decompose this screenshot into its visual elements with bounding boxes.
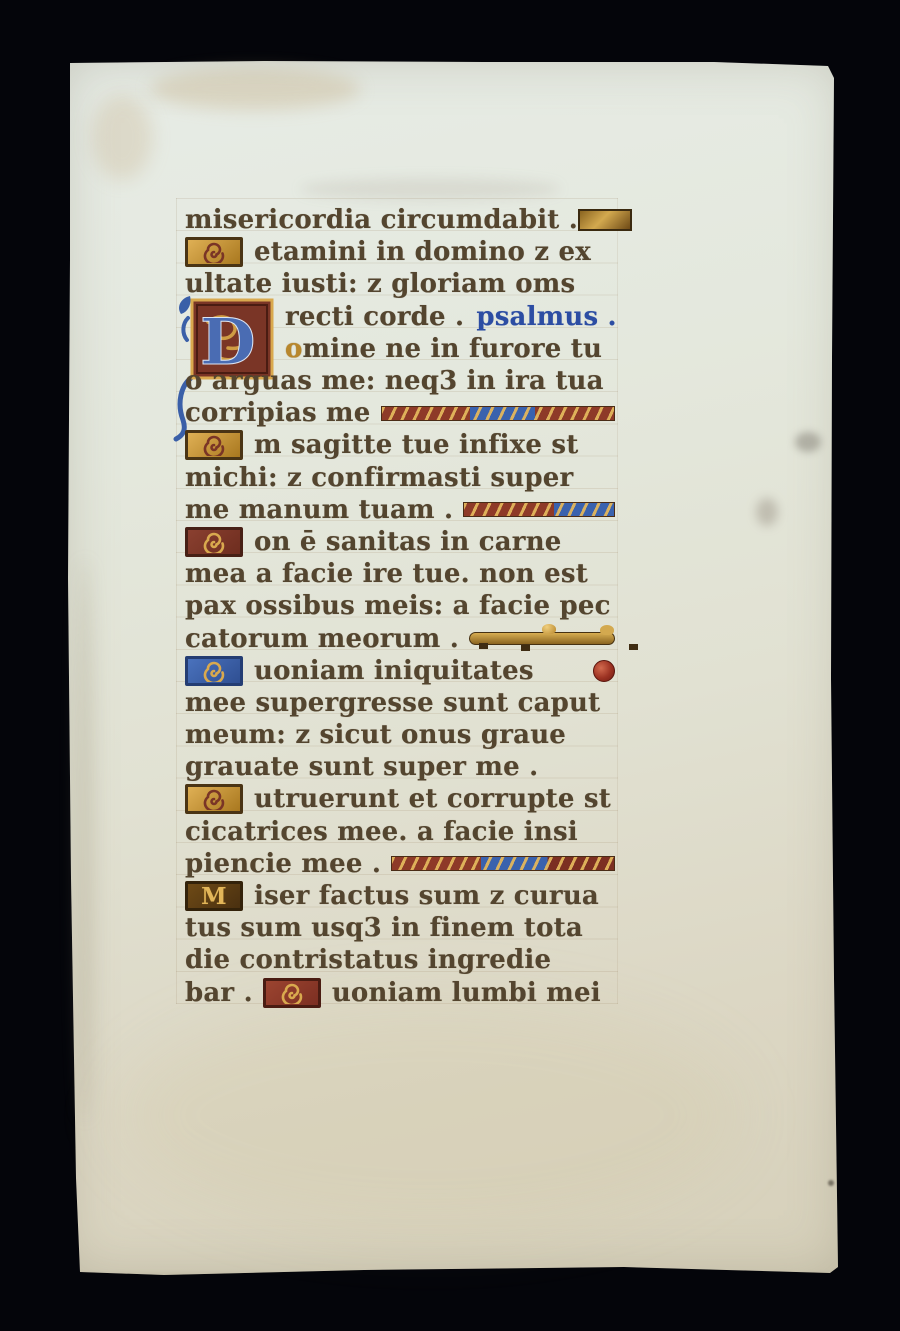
manuscript-text: grauate sunt super me . (185, 752, 538, 782)
berry-ornament (593, 660, 615, 682)
manuscript-line: piencie mee . (185, 848, 615, 880)
manuscript-line: michi: z confirmasti super (185, 462, 615, 494)
manuscript-line: catorum meorum . (185, 622, 615, 654)
manuscript-text: ultate iusti: z gloriam oms (185, 269, 575, 299)
manuscript-line: pax ossibus meis: a facie pec (185, 590, 615, 622)
manuscript-text: iser factus sum z curua (254, 881, 599, 911)
illuminated-initial-q (185, 430, 243, 460)
manuscript-text: o arguas me: neq3 in ira tua (185, 366, 604, 396)
manuscript-text: die contristatus ingredie (185, 945, 551, 975)
manuscript-line: omine ne in furore tu (185, 333, 615, 365)
illuminated-initial-p (185, 784, 243, 814)
manuscript-line: m sagitte tue infixe st (185, 429, 615, 461)
photo-background: D misericordia circumdabit .etamini in d… (0, 0, 900, 1331)
manuscript-line: utruerunt et corrupte st (185, 783, 615, 815)
manuscript-line: etamini in domino z ex (185, 236, 615, 268)
illuminated-initial-q (263, 978, 321, 1008)
manuscript-line: misericordia circumdabit . (185, 204, 615, 236)
manuscript-line: Miser factus sum z curua (185, 880, 615, 912)
illuminated-initial-l (185, 237, 243, 267)
manuscript-line: tus sum usq3 in finem tota (185, 912, 615, 944)
manuscript-text: mine ne in furore tu (303, 334, 603, 364)
manuscript-text: uoniam lumbi mei (332, 978, 601, 1008)
line-filler-ornament (381, 406, 616, 421)
manuscript-text: meum: z sicut onus graue (185, 720, 566, 750)
illuminated-initial-q (185, 656, 243, 686)
manuscript-line: mee supergresse sunt caput (185, 687, 615, 719)
manuscript-text: on ē sanitas in carne (254, 527, 562, 557)
manuscript-text: bar . (185, 978, 253, 1008)
manuscript-line: cicatrices mee. a facie insi (185, 816, 615, 848)
manuscript-line: meum: z sicut onus graue (185, 719, 615, 751)
gilded-letter: o (285, 334, 303, 364)
manuscript-line: o arguas me: neq3 in ira tua (185, 365, 615, 397)
manuscript-line: corripias me (185, 397, 615, 429)
illuminated-initial-m: M (185, 881, 243, 911)
manuscript-text: corripias me (185, 398, 371, 428)
manuscript-text: cicatrices mee. a facie insi (185, 817, 578, 847)
rubric-psalmus: psalmus . (476, 302, 617, 332)
manuscript-line: mea a facie ire tue. non est (185, 558, 615, 590)
manuscript-text: misericordia circumdabit . (185, 205, 578, 235)
manuscript-text: michi: z confirmasti super (185, 463, 573, 493)
manuscript-line: grauate sunt super me . (185, 751, 615, 783)
line-filler-ornament (391, 856, 615, 871)
manuscript-text: catorum meorum . (185, 624, 459, 654)
manuscript-text: utruerunt et corrupte st (254, 784, 611, 814)
line-filler-ornament (469, 632, 615, 645)
text-column: misericordia circumdabit .etamini in dom… (185, 204, 615, 1009)
manuscript-text: mea a facie ire tue. non est (185, 559, 588, 589)
manuscript-text: piencie mee . (185, 849, 381, 879)
manuscript-text: tus sum usq3 in finem tota (185, 913, 583, 943)
manuscript-line: die contristatus ingredie (185, 944, 615, 976)
line-filler-ornament (463, 502, 615, 517)
illuminated-initial-n (185, 527, 243, 557)
manuscript-text: mee supergresse sunt caput (185, 688, 600, 718)
manuscript-text: etamini in domino z ex (254, 237, 591, 267)
manuscript-text: pax ossibus meis: a facie pec (185, 591, 611, 621)
manuscript-line: recti corde .psalmus . (185, 301, 615, 333)
manuscript-line: bar .uoniam lumbi mei (185, 977, 615, 1009)
manuscript-line: me manum tuam . (185, 494, 615, 526)
manuscript-line: uoniam iniquitates (185, 655, 615, 687)
manuscript-text: recti corde . (285, 302, 464, 332)
manuscript-text: m sagitte tue infixe st (254, 430, 578, 460)
manuscript-line: on ē sanitas in carne (185, 526, 615, 558)
manuscript-text: me manum tuam . (185, 495, 453, 525)
manuscript-line: ultate iusti: z gloriam oms (185, 268, 615, 300)
manuscript-text: uoniam iniquitates (254, 656, 534, 686)
line-filler-ornament (578, 209, 632, 231)
